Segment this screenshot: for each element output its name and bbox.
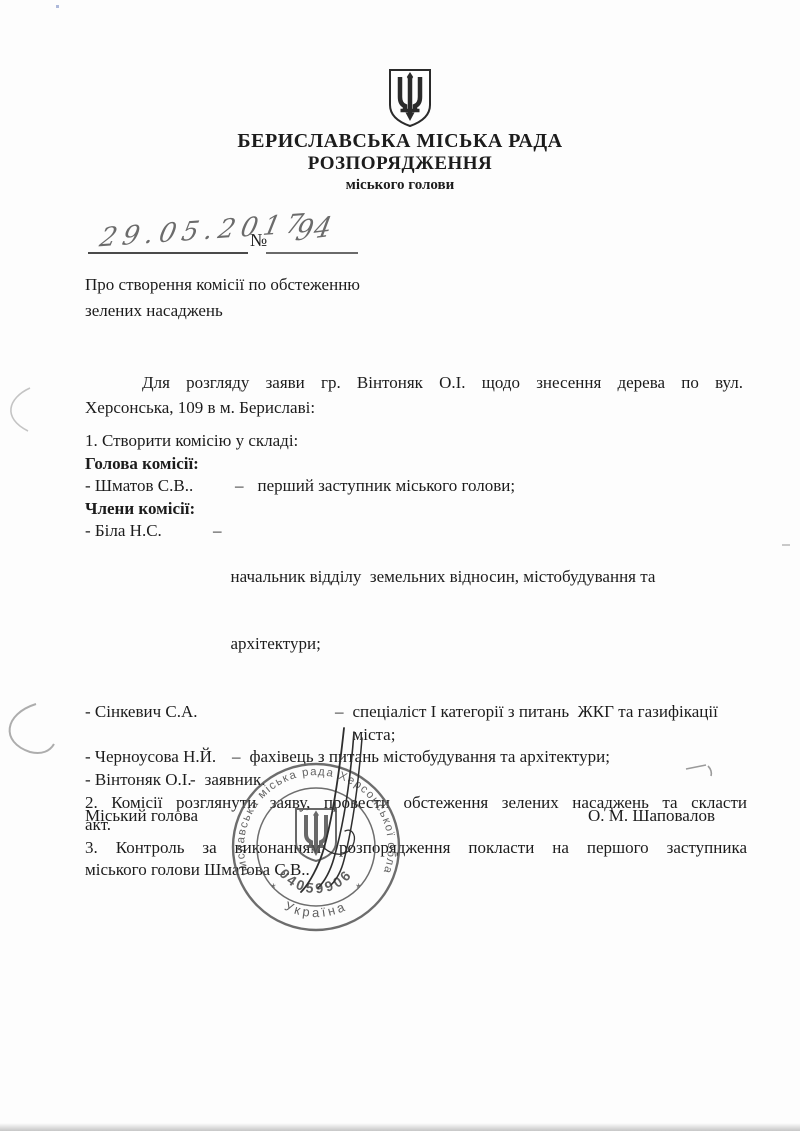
- member-role-line: архітектури;: [231, 633, 656, 656]
- member-dash: -: [190, 769, 196, 792]
- document-header: БЕРИСЛАВСЬКА МІСЬКА РАДА РОЗПОРЯДЖЕННЯ м…: [237, 130, 562, 195]
- handwritten-date: 29.05.2017: [97, 208, 312, 253]
- scan-artifact-dash: [782, 544, 790, 546]
- item-3-line-2: міського голови Шматова С.В..: [85, 859, 747, 882]
- handwritten-signature: [296, 726, 416, 911]
- scan-artifact-curve: [0, 696, 62, 768]
- trident-emblem-icon: [386, 68, 434, 128]
- member-role: перший заступник міського голови;: [258, 475, 516, 498]
- member-name: - Біла Н.С.: [85, 520, 213, 543]
- intro-line-2: Херсонська, 109 в м. Бериславі:: [85, 395, 743, 420]
- member-row: - Біла Н.С. – начальник відділу земельни…: [85, 520, 747, 701]
- handwritten-number: 94: [293, 211, 335, 247]
- member-role-line: начальник відділу земельних відносин, мі…: [231, 566, 656, 589]
- intro-line-1: Для розгляду заяви гр. Вінтоняк О.І. щод…: [85, 370, 743, 395]
- subject-block: Про створення комісії по обстеженню зеле…: [85, 272, 360, 324]
- item-1: 1. Створити комісію у складі:: [85, 430, 747, 453]
- signatory-title: Міський голова: [85, 806, 198, 826]
- subject-line-2: зелених насаджень: [85, 298, 360, 324]
- number-underline: [266, 252, 358, 254]
- document-subtype: міського голови: [237, 175, 562, 195]
- member-dash: –: [335, 701, 344, 724]
- scan-bottom-edge: [0, 1123, 800, 1131]
- member-name: - Вінтоняк О.І.: [85, 769, 190, 792]
- intro-paragraph: Для розгляду заяви гр. Вінтоняк О.І. щод…: [85, 370, 743, 420]
- subject-line-1: Про створення комісії по обстеженню: [85, 272, 360, 298]
- signatory-name: О. М. Шаповалов: [588, 806, 715, 826]
- member-name: - Сінкевич С.А.: [85, 701, 335, 724]
- scanned-document-page: БЕРИСЛАВСЬКА МІСЬКА РАДА РОЗПОРЯДЖЕННЯ м…: [0, 0, 800, 1131]
- member-row: - Шматов С.В.. – перший заступник місько…: [85, 475, 747, 498]
- member-row: - Сінкевич С.А. – спеціаліст І категорії…: [85, 701, 747, 746]
- council-name: БЕРИСЛАВСЬКА МІСЬКА РАДА: [237, 130, 562, 153]
- member-name: - Черноусова Н.Й.: [85, 746, 232, 769]
- chairman-heading: Голова комісії:: [85, 453, 747, 476]
- members-heading: Члени комісії:: [85, 498, 747, 521]
- member-dash: –: [235, 475, 244, 498]
- member-role: начальник відділу земельних відносин, мі…: [231, 520, 656, 701]
- number-sign: №: [250, 230, 267, 251]
- member-dash: –: [213, 520, 222, 543]
- date-underline: [88, 252, 248, 254]
- member-name: - Шматов С.В..: [85, 475, 235, 498]
- scan-artifact-curve: [0, 383, 52, 445]
- document-type: РОЗПОРЯДЖЕННЯ: [237, 153, 562, 175]
- scan-artifact-speck: [56, 5, 59, 8]
- member-row: - Вінтоняк О.І. - заявник.: [85, 769, 747, 792]
- member-row: - Черноусова Н.Й. – фахівець з питань мі…: [85, 746, 747, 769]
- item-3-line-1: 3. Контроль за виконанням розпорядження …: [85, 837, 747, 860]
- stamp-star-left: *: [271, 881, 276, 895]
